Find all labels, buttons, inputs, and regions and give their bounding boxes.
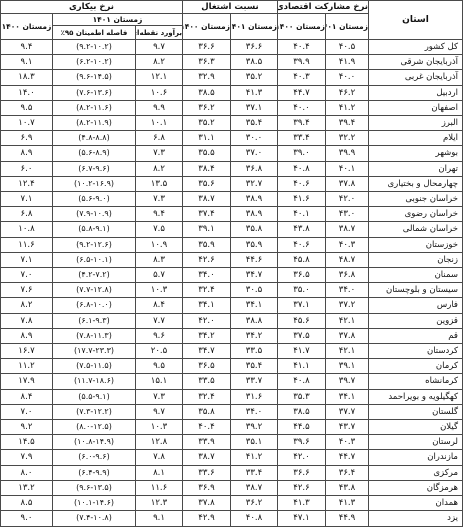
province-cell: قزوین — [369, 313, 463, 328]
value-cell: ۱۰.۳ — [135, 283, 182, 298]
col-group-participation: نرخ مشارکت اقتصادی — [277, 1, 368, 14]
value-cell: ۱۱.۶ — [135, 480, 182, 495]
value-cell: ۴۴.۶ — [230, 252, 277, 267]
value-cell: ۴۰.۱ — [326, 161, 369, 176]
value-cell: ۳۲.۲ — [326, 131, 369, 146]
value-cell: (۷.۷-۱۲.۸) — [52, 283, 135, 298]
value-cell: (۸.۲-۱۱.۶) — [52, 100, 135, 115]
value-cell: ۴۳.۰ — [326, 207, 369, 222]
value-cell: ۴۰.۳ — [277, 70, 325, 85]
value-cell: ۸.۰ — [0, 465, 52, 480]
value-cell: ۳۶.۲ — [182, 100, 230, 115]
col-group-unemployment: نرخ بیکاری — [0, 1, 182, 14]
value-cell: ۴۰.۸ — [230, 511, 277, 526]
table-row: کل کشور۴۰.۵۴۰.۴۳۶.۶۳۶.۶۹.۷(۹.۲-۱۰.۲)۹.۴ — [0, 40, 462, 55]
value-cell: ۳۸.۷ — [182, 450, 230, 465]
col-group-employment: نسبت اشتغال — [182, 1, 277, 14]
value-cell: ۴۰.۸ — [277, 374, 325, 389]
value-cell: ۱۶.۷ — [0, 344, 52, 359]
value-cell: ۴۳.۸ — [326, 480, 369, 495]
value-cell: ۷.۳ — [135, 146, 182, 161]
value-cell: (۷.۹-۱۰.۹) — [52, 207, 135, 222]
labor-market-table-container: استان نرخ مشارکت اقتصادی نسبت اشتغال نرخ… — [0, 0, 463, 527]
province-cell: خوزستان — [369, 237, 463, 252]
value-cell: ۳۵.۹ — [182, 237, 230, 252]
value-cell: ۳۴.۲ — [182, 328, 230, 343]
value-cell: ۳۸.۷ — [326, 222, 369, 237]
value-cell: ۳۵.۴ — [230, 359, 277, 374]
value-cell: ۳۶.۲ — [230, 496, 277, 511]
value-cell: ۳۴.۱ — [182, 298, 230, 313]
value-cell: ۶.۸ — [135, 131, 182, 146]
value-cell: ۳۳.۴ — [277, 131, 325, 146]
value-cell: ۴۱.۲ — [326, 100, 369, 115]
value-cell: ۳۵.۶ — [182, 176, 230, 191]
value-cell: ۷.۹ — [0, 450, 52, 465]
value-cell: ۱۰.۶ — [135, 85, 182, 100]
province-cell: خراسان جنوبی — [369, 192, 463, 207]
value-cell: ۳۰.۰ — [230, 131, 277, 146]
col-header-point-estimate: برآورد نقطه‌ای — [135, 26, 182, 40]
value-cell: ۴۰.۰ — [326, 70, 369, 85]
value-cell: ۳۵.۸ — [182, 404, 230, 419]
table-row: فارس۳۷.۲۳۷.۱۳۴.۱۳۴.۱۸.۴(۶.۸-۱۰.۰)۸.۲ — [0, 298, 462, 313]
value-cell: ۷.۳ — [135, 192, 182, 207]
value-cell: ۳۸.۸ — [230, 313, 277, 328]
value-cell: (۷.۵-۱۱.۵) — [52, 359, 135, 374]
value-cell: ۳۹.۹ — [277, 55, 325, 70]
col-header-province: استان — [369, 1, 463, 40]
value-cell: ۳۳.۴ — [230, 465, 277, 480]
value-cell: (۹.۶-۱۴.۵) — [52, 70, 135, 85]
province-cell: اردبیل — [369, 85, 463, 100]
value-cell: ۳۷.۰ — [230, 146, 277, 161]
value-cell: ۹.۷ — [135, 404, 182, 419]
col-header-unemployment-w1401: زمستان ۱۴۰۱ — [52, 14, 182, 26]
value-cell: ۳۴.۰ — [326, 283, 369, 298]
value-cell: ۳۲.۴ — [182, 283, 230, 298]
value-cell: ۳۷.۱ — [230, 100, 277, 115]
value-cell: ۳۵.۳ — [277, 389, 325, 404]
province-cell: فارس — [369, 298, 463, 313]
value-cell: ۲۰.۵ — [135, 344, 182, 359]
value-cell: ۳۹.۷ — [326, 374, 369, 389]
value-cell: ۹.۱ — [0, 55, 52, 70]
value-cell: (۵.۸-۹.۱) — [52, 222, 135, 237]
value-cell: ۹.۱ — [135, 511, 182, 526]
province-cell: اصفهان — [369, 100, 463, 115]
value-cell: ۳۹.۰ — [277, 146, 325, 161]
value-cell: (۶.۱-۹.۳) — [52, 313, 135, 328]
value-cell: ۳۰.۵ — [230, 283, 277, 298]
value-cell: ۳۴.۱ — [230, 298, 277, 313]
table-row: یزد۴۴.۹۴۷.۱۴۰.۸۴۲.۹۹.۱(۷.۴-۱۰.۸)۹.۰ — [0, 511, 462, 526]
table-row: مازندران۴۴.۷۴۲.۰۴۱.۲۳۸.۷۷.۸(۶.۰-۹.۶)۷.۹ — [0, 450, 462, 465]
value-cell: (۸.۲-۱۱.۹) — [52, 116, 135, 131]
table-row: اردبیل۴۶.۲۴۴.۷۴۱.۳۳۸.۵۱۰.۶(۷.۶-۱۳.۶)۱۴.۰ — [0, 85, 462, 100]
value-cell: ۳۶.۸ — [230, 161, 277, 176]
value-cell: ۳۲.۷ — [230, 176, 277, 191]
value-cell: ۷.۳ — [135, 389, 182, 404]
value-cell: ۴۲.۰ — [326, 192, 369, 207]
province-cell: خراسان شمالی — [369, 222, 463, 237]
value-cell: ۳۱.۶ — [230, 389, 277, 404]
value-cell: ۳۴.۲ — [230, 328, 277, 343]
table-row: کرمان۳۹.۱۴۱.۱۳۵.۴۳۶.۵۹.۵(۷.۵-۱۱.۵)۱۱.۲ — [0, 359, 462, 374]
value-cell: (۷.۶-۱۳.۶) — [52, 85, 135, 100]
value-cell: ۶.۸ — [0, 207, 52, 222]
value-cell: ۳۸.۹ — [230, 192, 277, 207]
value-cell: ۹.۵ — [0, 100, 52, 115]
table-row: مرکزی۳۶.۴۳۶.۶۳۳.۴۳۳.۶۸.۱(۶.۴-۹.۹)۸.۰ — [0, 465, 462, 480]
value-cell: ۶.۹ — [0, 131, 52, 146]
province-cell: کل کشور — [369, 40, 463, 55]
value-cell: ۷.۱ — [0, 192, 52, 207]
value-cell: ۴۴.۷ — [277, 85, 325, 100]
value-cell: ۴۱.۶ — [277, 192, 325, 207]
value-cell: ۳۶.۸ — [326, 268, 369, 283]
value-cell: ۹.۹ — [135, 100, 182, 115]
value-cell: ۴۲.۶ — [182, 252, 230, 267]
value-cell: (۵.۶-۹.۰) — [52, 192, 135, 207]
value-cell: ۴۰.۴ — [182, 420, 230, 435]
value-cell: (۱۱.۷-۱۸.۶) — [52, 374, 135, 389]
value-cell: (۱۰.۲-۱۶.۹) — [52, 176, 135, 191]
province-cell: قم — [369, 328, 463, 343]
value-cell: ۴۱.۷ — [277, 344, 325, 359]
value-cell: ۱۷.۹ — [0, 374, 52, 389]
value-cell: ۳۹.۴ — [326, 116, 369, 131]
value-cell: ۶.۰ — [0, 161, 52, 176]
value-cell: ۱۱.۶ — [0, 237, 52, 252]
value-cell: (۶.۴-۹.۹) — [52, 465, 135, 480]
table-row: ایلام۳۲.۲۳۳.۴۳۰.۰۳۱.۱۶.۸(۴.۸-۸.۸)۶.۹ — [0, 131, 462, 146]
table-row: همدان۴۱.۳۴۱.۳۳۶.۲۳۷.۸۱۲.۳(۱۰.۱-۱۴.۶)۸.۵ — [0, 496, 462, 511]
table-row: خراسان رضوی۴۳.۰۴۰.۱۳۸.۹۳۷.۴۹.۴(۷.۹-۱۰.۹)… — [0, 207, 462, 222]
value-cell: ۴۰.۶ — [277, 237, 325, 252]
value-cell: ۳۶.۶ — [230, 40, 277, 55]
labor-market-table: استان نرخ مشارکت اقتصادی نسبت اشتغال نرخ… — [0, 0, 463, 527]
value-cell: ۱۳.۲ — [0, 480, 52, 495]
value-cell: ۸.۲ — [0, 298, 52, 313]
value-cell: ۳۴.۷ — [182, 344, 230, 359]
value-cell: (۱۰.۸-۱۴.۹) — [52, 435, 135, 450]
value-cell: (۴.۸-۸.۸) — [52, 131, 135, 146]
value-cell: ۴۷.۱ — [277, 511, 325, 526]
value-cell: ۳۹.۹ — [326, 146, 369, 161]
table-row: سمنان۳۶.۸۳۶.۵۳۴.۷۳۴.۰۵.۷(۴.۲-۷.۲)۷.۰ — [0, 268, 462, 283]
value-cell: (۷.۳-۱۲.۲) — [52, 404, 135, 419]
value-cell: ۳۵.۸ — [230, 222, 277, 237]
value-cell: ۳۷.۸ — [326, 328, 369, 343]
value-cell: ۱۰.۳ — [135, 420, 182, 435]
value-cell: ۷.۰ — [0, 268, 52, 283]
value-cell: ۳۶.۵ — [182, 359, 230, 374]
province-cell: چهارمحال و بختیاری — [369, 176, 463, 191]
value-cell: ۳۸.۵ — [277, 404, 325, 419]
value-cell: ۴۴.۷ — [326, 450, 369, 465]
col-header-participation-w1400: زمستان ۱۴۰۰ — [277, 14, 325, 40]
value-cell: ۱۲.۳ — [135, 496, 182, 511]
table-row: قزوین۴۲.۱۴۵.۶۳۸.۸۴۲.۰۷.۷(۶.۱-۹.۳)۷.۸ — [0, 313, 462, 328]
value-cell: (۱۰.۱-۱۴.۶) — [52, 496, 135, 511]
value-cell: (۷.۸-۱۱.۳) — [52, 328, 135, 343]
value-cell: ۵.۷ — [135, 268, 182, 283]
value-cell: (۷.۴-۱۰.۸) — [52, 511, 135, 526]
value-cell: ۸.۴ — [0, 389, 52, 404]
value-cell: ۴۰.۴ — [277, 40, 325, 55]
value-cell: ۹.۵ — [135, 359, 182, 374]
province-cell: مازندران — [369, 450, 463, 465]
value-cell: ۴۵.۸ — [277, 252, 325, 267]
table-row: البرز۳۹.۴۳۹.۴۳۵.۴۳۵.۲۱۰.۱(۸.۲-۱۱.۹)۱۰.۷ — [0, 116, 462, 131]
value-cell: ۳۷.۲ — [326, 298, 369, 313]
value-cell: ۳۸.۴ — [182, 161, 230, 176]
table-row: کرمانشاه۳۹.۷۴۰.۸۳۳.۷۳۳.۵۱۵.۱(۱۱.۷-۱۸.۶)۱… — [0, 374, 462, 389]
province-cell: کرمانشاه — [369, 374, 463, 389]
province-cell: مرکزی — [369, 465, 463, 480]
value-cell: ۴۵.۶ — [277, 313, 325, 328]
value-cell: ۱۲.۱ — [135, 70, 182, 85]
value-cell: ۸.۴ — [135, 298, 182, 313]
value-cell: ۱۰.۱ — [135, 116, 182, 131]
value-cell: ۳۳.۹ — [182, 435, 230, 450]
value-cell: ۳۸.۷ — [182, 192, 230, 207]
value-cell: ۹.۷ — [135, 40, 182, 55]
value-cell: ۸.۹ — [0, 328, 52, 343]
value-cell: ۷.۷ — [135, 313, 182, 328]
value-cell: ۴۰.۶ — [277, 176, 325, 191]
value-cell: ۹.۰ — [0, 511, 52, 526]
table-row: سیستان و بلوچستان۳۴.۰۳۵.۰۳۰.۵۳۲.۴۱۰.۳(۷.… — [0, 283, 462, 298]
table-row: لرستان۴۰.۳۳۹.۶۳۵.۱۳۳.۹۱۲.۸(۱۰.۸-۱۴.۹)۱۴.… — [0, 435, 462, 450]
value-cell: ۴۱.۹ — [326, 55, 369, 70]
value-cell: ۳۵.۹ — [230, 237, 277, 252]
value-cell: ۹.۲ — [0, 420, 52, 435]
value-cell: ۴۰.۳ — [326, 435, 369, 450]
value-cell: ۱۰.۹ — [135, 237, 182, 252]
province-cell: همدان — [369, 496, 463, 511]
value-cell: ۴۸.۷ — [326, 252, 369, 267]
value-cell: ۱۴.۵ — [0, 435, 52, 450]
value-cell: ۳۷.۴ — [182, 207, 230, 222]
col-header-participation-w1401: زمستان ۱۴۰۱ — [326, 14, 369, 40]
value-cell: ۱۵.۱ — [135, 374, 182, 389]
value-cell: ۳۴.۰ — [230, 404, 277, 419]
table-row: هرمزگان۴۳.۸۴۲.۶۳۸.۷۳۶.۹۱۱.۶(۹.۶-۱۳.۵)۱۳.… — [0, 480, 462, 495]
province-cell: سیستان و بلوچستان — [369, 283, 463, 298]
value-cell: (۹.۲-۱۰.۲) — [52, 40, 135, 55]
table-body: کل کشور۴۰.۵۴۰.۴۳۶.۶۳۶.۶۹.۷(۹.۲-۱۰.۲)۹.۴آ… — [0, 40, 462, 527]
value-cell: ۳۷.۷ — [326, 404, 369, 419]
col-header-confidence-interval: فاصله اطمینان ۹۵٪ — [52, 26, 135, 40]
value-cell: ۸.۹ — [0, 146, 52, 161]
value-cell: ۱۱.۲ — [0, 359, 52, 374]
value-cell: ۳۶.۳ — [182, 55, 230, 70]
value-cell: ۳۵.۲ — [182, 116, 230, 131]
value-cell: ۴۰.۳ — [326, 237, 369, 252]
province-cell: لرستان — [369, 435, 463, 450]
value-cell: ۳۹.۶ — [277, 435, 325, 450]
province-cell: کردستان — [369, 344, 463, 359]
value-cell: (۶.۰-۹.۶) — [52, 450, 135, 465]
value-cell: (۶.۷-۹.۶) — [52, 161, 135, 176]
value-cell: (۸.۰-۱۲.۵) — [52, 420, 135, 435]
value-cell: ۴۱.۳ — [277, 496, 325, 511]
value-cell: ۱۴.۰ — [0, 85, 52, 100]
value-cell: ۱۲.۸ — [135, 435, 182, 450]
value-cell: ۳۶.۹ — [182, 480, 230, 495]
value-cell: (۶.۸-۱۰.۰) — [52, 298, 135, 313]
table-row: کردستان۴۲.۱۴۱.۷۳۳.۵۳۴.۷۲۰.۵(۱۷.۷-۲۳.۳)۱۶… — [0, 344, 462, 359]
table-row: گلستان۳۷.۷۳۸.۵۳۴.۰۳۵.۸۹.۷(۷.۳-۱۲.۲)۷.۰ — [0, 404, 462, 419]
table-row: خوزستان۴۰.۳۴۰.۶۳۵.۹۳۵.۹۱۰.۹(۹.۲-۱۲.۶)۱۱.… — [0, 237, 462, 252]
province-cell: بوشهر — [369, 146, 463, 161]
value-cell: (۶.۲-۱۰.۲) — [52, 55, 135, 70]
value-cell: ۴۱.۲ — [230, 450, 277, 465]
table-row: خراسان شمالی۳۸.۷۴۳.۸۳۵.۸۳۹.۱۷.۵(۵.۸-۹.۱)… — [0, 222, 462, 237]
value-cell: ۴۰.۵ — [326, 40, 369, 55]
value-cell: (۵.۶-۸.۹) — [52, 146, 135, 161]
value-cell: ۳۳.۷ — [230, 374, 277, 389]
value-cell: ۳۵.۴ — [230, 116, 277, 131]
value-cell: ۹.۴ — [135, 207, 182, 222]
province-cell: خراسان رضوی — [369, 207, 463, 222]
value-cell: ۴۲.۰ — [182, 313, 230, 328]
value-cell: ۸.۳ — [135, 252, 182, 267]
province-cell: یزد — [369, 511, 463, 526]
value-cell: ۷.۸ — [0, 313, 52, 328]
value-cell: ۴۱.۳ — [326, 496, 369, 511]
value-cell: ۱۰.۸ — [0, 222, 52, 237]
value-cell: ۱۰.۷ — [0, 116, 52, 131]
value-cell: ۸.۲ — [135, 161, 182, 176]
table-row: بوشهر۳۹.۹۳۹.۰۳۷.۰۳۵.۵۷.۳(۵.۶-۸.۹)۸.۹ — [0, 146, 462, 161]
value-cell: ۱۳.۵ — [135, 176, 182, 191]
value-cell: ۴۴.۵ — [277, 420, 325, 435]
value-cell: ۴۲.۱ — [326, 313, 369, 328]
value-cell: ۳۵.۰ — [277, 283, 325, 298]
province-cell: آذربایجان غربی — [369, 70, 463, 85]
table-row: قم۳۷.۸۳۷.۵۳۴.۲۳۴.۲۹.۶(۷.۸-۱۱.۳)۸.۹ — [0, 328, 462, 343]
table-row: گیلان۴۳.۷۴۴.۵۳۹.۲۴۰.۴۱۰.۳(۸.۰-۱۲.۵)۹.۲ — [0, 420, 462, 435]
value-cell: ۴۱.۳ — [230, 85, 277, 100]
province-cell: کرمان — [369, 359, 463, 374]
province-cell: آذربایجان شرقی — [369, 55, 463, 70]
value-cell: ۳۵.۲ — [230, 70, 277, 85]
value-cell: ۳۹.۴ — [277, 116, 325, 131]
col-header-employment-w1401: زمستان ۱۴۰۱ — [230, 14, 277, 40]
value-cell: ۴۲.۰ — [277, 450, 325, 465]
value-cell: (۵.۵-۹.۱) — [52, 389, 135, 404]
province-cell: کهگیلویه و بویراحمد — [369, 389, 463, 404]
province-cell: ایلام — [369, 131, 463, 146]
value-cell: ۳۸.۵ — [230, 55, 277, 70]
value-cell: ۴۰.۱ — [277, 207, 325, 222]
value-cell: ۳۲.۹ — [182, 70, 230, 85]
table-row: کهگیلویه و بویراحمد۳۴.۱۳۵.۳۳۱.۶۳۲.۴۷.۳(۵… — [0, 389, 462, 404]
province-cell: سمنان — [369, 268, 463, 283]
value-cell: ۳۷.۸ — [326, 176, 369, 191]
value-cell: ۳۶.۵ — [277, 268, 325, 283]
value-cell: ۳۸.۷ — [230, 480, 277, 495]
value-cell: ۳۱.۱ — [182, 131, 230, 146]
value-cell: ۳۴.۱ — [326, 389, 369, 404]
province-cell: هرمزگان — [369, 480, 463, 495]
col-header-unemployment-w1400: زمستان ۱۴۰۰ — [0, 14, 52, 40]
value-cell: ۴۲.۶ — [277, 480, 325, 495]
province-cell: البرز — [369, 116, 463, 131]
province-cell: زنجان — [369, 252, 463, 267]
value-cell: ۷.۵ — [135, 222, 182, 237]
value-cell: ۳۳.۵ — [182, 374, 230, 389]
value-cell: ۴۲.۱ — [326, 344, 369, 359]
value-cell: ۴۰.۸ — [277, 161, 325, 176]
table-row: اصفهان۴۱.۲۴۰.۰۳۷.۱۳۶.۲۹.۹(۸.۲-۱۱.۶)۹.۵ — [0, 100, 462, 115]
value-cell: ۸.۱ — [135, 465, 182, 480]
province-cell: گیلان — [369, 420, 463, 435]
col-header-employment-w1400: زمستان ۱۴۰۰ — [182, 14, 230, 40]
value-cell: ۳۹.۱ — [182, 222, 230, 237]
value-cell: ۳۹.۱ — [326, 359, 369, 374]
table-row: آذربایجان غربی۴۰.۰۴۰.۳۳۵.۲۳۲.۹۱۲.۱(۹.۶-۱… — [0, 70, 462, 85]
value-cell: ۸.۵ — [0, 496, 52, 511]
province-cell: تهران — [369, 161, 463, 176]
value-cell: ۳۹.۲ — [230, 420, 277, 435]
value-cell: ۳۵.۵ — [182, 146, 230, 161]
value-cell: (۹.۲-۱۲.۶) — [52, 237, 135, 252]
value-cell: ۳۷.۸ — [182, 496, 230, 511]
value-cell: ۷.۰ — [0, 404, 52, 419]
value-cell: ۳۵.۱ — [230, 435, 277, 450]
value-cell: (۴.۲-۷.۲) — [52, 268, 135, 283]
value-cell: ۴۶.۲ — [326, 85, 369, 100]
value-cell: ۹.۴ — [0, 40, 52, 55]
value-cell: ۴۱.۱ — [277, 359, 325, 374]
table-row: چهارمحال و بختیاری۳۷.۸۴۰.۶۳۲.۷۳۵.۶۱۳.۵(۱… — [0, 176, 462, 191]
value-cell: ۳۸.۹ — [230, 207, 277, 222]
value-cell: ۴۴.۹ — [326, 511, 369, 526]
value-cell: ۸.۲ — [135, 55, 182, 70]
value-cell: ۳۳.۵ — [230, 344, 277, 359]
value-cell: ۹.۶ — [135, 328, 182, 343]
value-cell: ۳۶.۶ — [277, 465, 325, 480]
value-cell: ۱۸.۳ — [0, 70, 52, 85]
value-cell: ۴۲.۹ — [182, 511, 230, 526]
value-cell: ۳۶.۶ — [182, 40, 230, 55]
value-cell: (۱۷.۷-۲۳.۳) — [52, 344, 135, 359]
value-cell: ۴۰.۰ — [277, 100, 325, 115]
value-cell: ۳۴.۷ — [230, 268, 277, 283]
table-row: آذربایجان شرقی۴۱.۹۳۹.۹۳۸.۵۳۶.۳۸.۲(۶.۲-۱۰… — [0, 55, 462, 70]
value-cell: (۶.۵-۱۰.۱) — [52, 252, 135, 267]
province-cell: گلستان — [369, 404, 463, 419]
value-cell: ۷.۶ — [0, 283, 52, 298]
table-row: تهران۴۰.۱۴۰.۸۳۶.۸۳۸.۴۸.۲(۶.۷-۹.۶)۶.۰ — [0, 161, 462, 176]
value-cell: ۷.۸ — [135, 450, 182, 465]
value-cell: ۳۳.۶ — [182, 465, 230, 480]
value-cell: ۳۶.۴ — [326, 465, 369, 480]
table-row: خراسان جنوبی۴۲.۰۴۱.۶۳۸.۹۳۸.۷۷.۳(۵.۶-۹.۰)… — [0, 192, 462, 207]
value-cell: ۱۲.۴ — [0, 176, 52, 191]
table-row: زنجان۴۸.۷۴۵.۸۴۴.۶۴۲.۶۸.۳(۶.۵-۱۰.۱)۷.۱ — [0, 252, 462, 267]
value-cell: ۳۴.۰ — [182, 268, 230, 283]
value-cell: ۳۷.۵ — [277, 328, 325, 343]
value-cell: (۹.۶-۱۳.۵) — [52, 480, 135, 495]
value-cell: ۳۷.۱ — [277, 298, 325, 313]
value-cell: ۴۳.۸ — [277, 222, 325, 237]
value-cell: ۴۳.۷ — [326, 420, 369, 435]
